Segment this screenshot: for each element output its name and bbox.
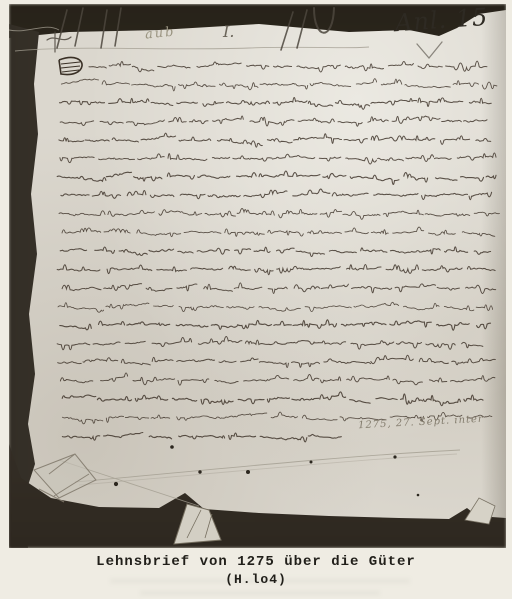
manuscript-line [59,208,499,219]
manuscript-line [62,283,496,294]
manuscript-line [58,355,496,367]
manuscript-line [60,153,496,164]
manuscript-line [60,373,495,385]
pencil-note: aub [144,24,176,42]
caption-title: Lehnsbrief von 1275 über die Güter [0,554,512,571]
seal-holes [114,445,419,496]
roman-numeral-note: I. [223,22,234,41]
manuscript-line [58,302,493,312]
manuscript-line [60,98,492,110]
manuscript-line [60,320,491,330]
manuscript-line [62,227,495,237]
manuscript-line [61,189,492,200]
tally-marks [47,8,442,58]
manuscript-line [61,79,497,91]
manuscript-text [57,61,499,442]
initial-letter [59,58,82,75]
caption-reference: (H.lo4) [0,571,512,588]
manuscript-line [62,392,483,406]
manuscript-line [89,61,487,72]
manuscript-line [60,116,487,126]
manuscript-line [57,337,483,350]
crumple-bottom-left [34,454,96,502]
manuscript-line [57,265,495,275]
charter-photograph: Anl. 15 aub I. 1275, 27. Sept. inter [9,4,506,548]
manuscript-line [57,171,496,184]
manuscript-line [60,247,490,257]
page-bleed-through [140,590,380,596]
parchment-tab [465,498,495,524]
manuscript-overlay [9,4,506,548]
crumple-bottom-center [174,504,221,544]
caption: Lehnsbrief von 1275 über die Güter (H.lo… [0,554,512,588]
manuscript-line [59,133,491,147]
manuscript-line [62,433,341,442]
book-page: { "photo": { "annotations": { "archive_n… [0,0,512,599]
